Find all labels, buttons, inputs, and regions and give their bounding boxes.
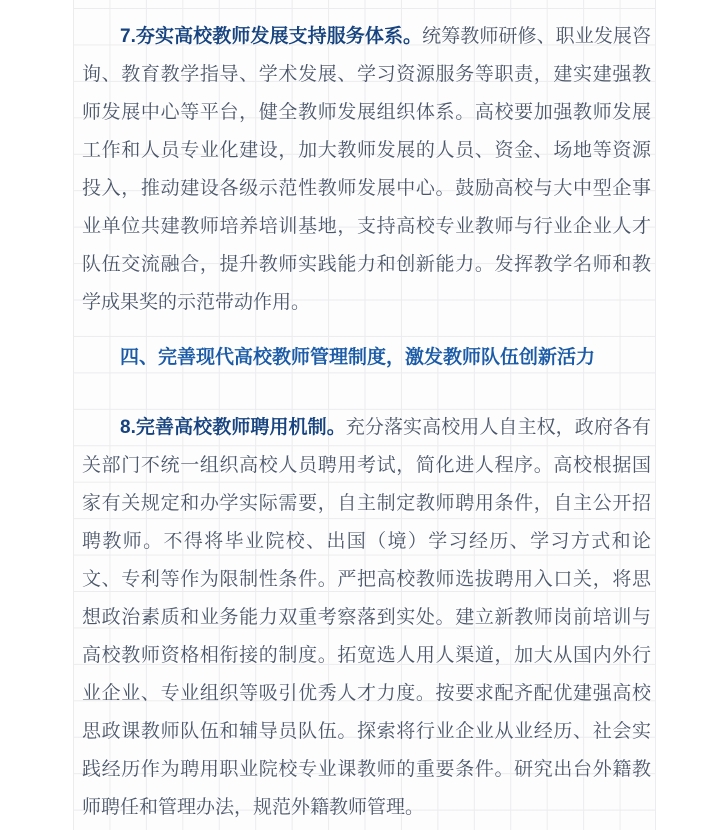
paragraph-7-lead: 7.夯实高校教师发展支持服务体系。 bbox=[120, 26, 422, 47]
paragraph-7-text: 统筹教师研修、职业发展咨询、教育教学指导、学术发展、学习资源服务等职责，建实建强… bbox=[82, 26, 651, 313]
article-content-area: 7.夯实高校教师发展支持服务体系。统筹教师研修、职业发展咨询、教育教学指导、学术… bbox=[73, 0, 656, 830]
article-body: 7.夯实高校教师发展支持服务体系。统筹教师研修、职业发展咨询、教育教学指导、学术… bbox=[73, 0, 655, 827]
document-page: 7.夯实高校教师发展支持服务体系。统筹教师研修、职业发展咨询、教育教学指导、学术… bbox=[0, 0, 714, 830]
paragraph-8: 8.完善高校教师聘用机制。充分落实高校用人自主权，政府各有关部门不统一组织高校人… bbox=[82, 409, 651, 827]
paragraph-8-text: 充分落实高校用人自主权，政府各有关部门不统一组织高校人员聘用考试，简化进人程序。… bbox=[82, 417, 651, 818]
section-heading-4: 四、完善现代高校教师管理制度，激发教师队伍创新活力 bbox=[82, 339, 651, 377]
paragraph-7: 7.夯实高校教师发展支持服务体系。统筹教师研修、职业发展咨询、教育教学指导、学术… bbox=[82, 18, 651, 322]
paragraph-8-lead: 8.完善高校教师聘用机制。 bbox=[120, 417, 346, 438]
